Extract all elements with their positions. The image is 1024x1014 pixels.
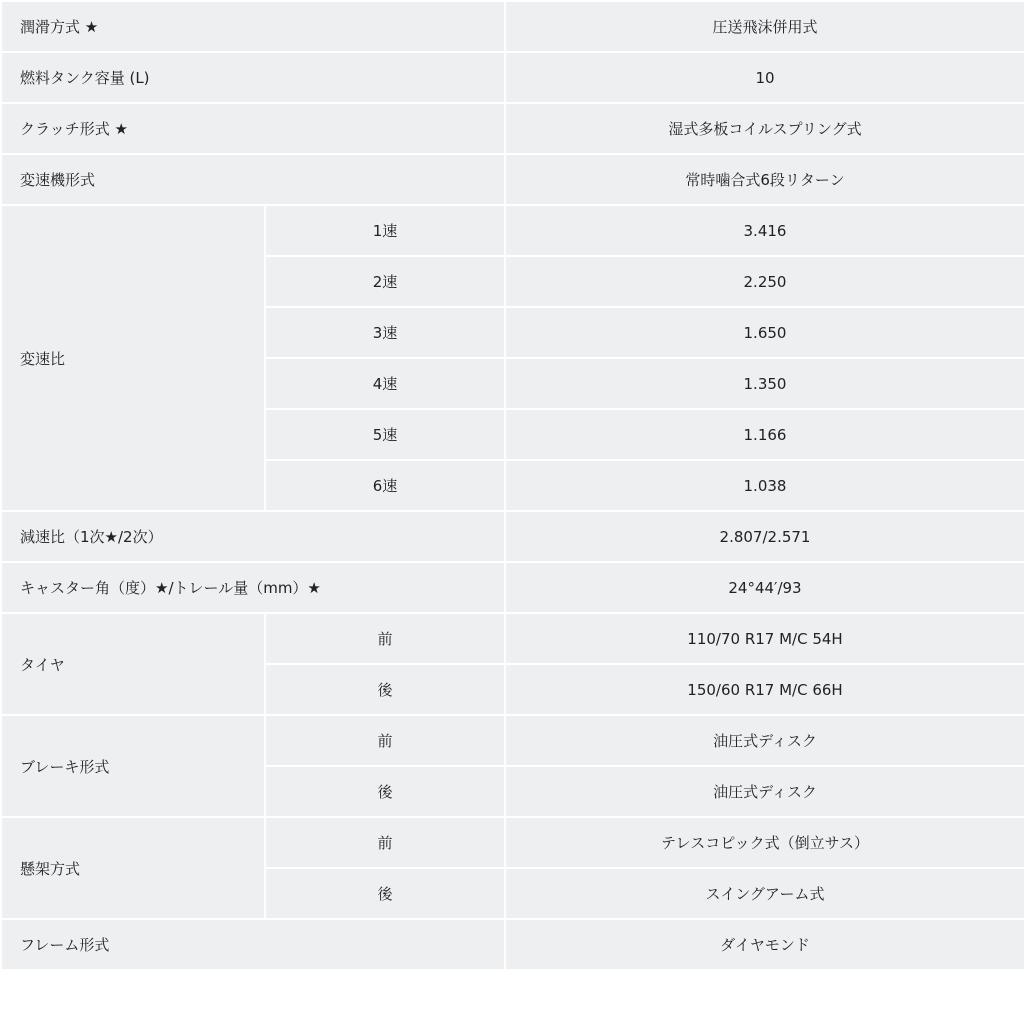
row-value: 湿式多板コイルスプリング式: [505, 103, 1024, 154]
row-value: 1.350: [505, 358, 1024, 409]
row-label: 燃料タンク容量 (L): [1, 52, 505, 103]
sub-label: 前: [265, 613, 505, 664]
sub-label: 5速: [265, 409, 505, 460]
table-row: キャスター角（度）★/トレール量（mm）★ 24°44′/93: [1, 562, 1024, 613]
row-value: 1.650: [505, 307, 1024, 358]
row-value: 10: [505, 52, 1024, 103]
table-row: フレーム形式 ダイヤモンド: [1, 919, 1024, 970]
sub-label: 4速: [265, 358, 505, 409]
row-label: 変速機形式: [1, 154, 505, 205]
row-value: ダイヤモンド: [505, 919, 1024, 970]
row-value: 3.416: [505, 205, 1024, 256]
table-row: 減速比（1次★/2次） 2.807/2.571: [1, 511, 1024, 562]
row-value: 2.250: [505, 256, 1024, 307]
table-row: 変速比 1速 3.416: [1, 205, 1024, 256]
row-value: 油圧式ディスク: [505, 766, 1024, 817]
row-value: 常時噛合式6段リターン: [505, 154, 1024, 205]
row-label: クラッチ形式 ★: [1, 103, 505, 154]
row-value: スイングアーム式: [505, 868, 1024, 919]
row-value: 2.807/2.571: [505, 511, 1024, 562]
row-label: ブレーキ形式: [1, 715, 265, 817]
row-label: 潤滑方式 ★: [1, 1, 505, 52]
row-value: 1.166: [505, 409, 1024, 460]
row-value: 110/70 R17 M/C 54H: [505, 613, 1024, 664]
sub-label: 前: [265, 715, 505, 766]
table-row: 変速機形式 常時噛合式6段リターン: [1, 154, 1024, 205]
row-label: フレーム形式: [1, 919, 505, 970]
row-label: 変速比: [1, 205, 265, 511]
row-value: 圧送飛沫併用式: [505, 1, 1024, 52]
row-label: 減速比（1次★/2次）: [1, 511, 505, 562]
table-row: 潤滑方式 ★ 圧送飛沫併用式: [1, 1, 1024, 52]
row-label: 懸架方式: [1, 817, 265, 919]
sub-label: 前: [265, 817, 505, 868]
sub-label: 後: [265, 868, 505, 919]
sub-label: 1速: [265, 205, 505, 256]
sub-label: 3速: [265, 307, 505, 358]
spec-table: 潤滑方式 ★ 圧送飛沫併用式 燃料タンク容量 (L) 10 クラッチ形式 ★ 湿…: [0, 0, 1024, 971]
table-row: クラッチ形式 ★ 湿式多板コイルスプリング式: [1, 103, 1024, 154]
row-value: 24°44′/93: [505, 562, 1024, 613]
row-label: タイヤ: [1, 613, 265, 715]
row-value: テレスコピック式（倒立サス）: [505, 817, 1024, 868]
row-value: 油圧式ディスク: [505, 715, 1024, 766]
table-row: タイヤ 前 110/70 R17 M/C 54H: [1, 613, 1024, 664]
sub-label: 後: [265, 766, 505, 817]
row-value: 1.038: [505, 460, 1024, 511]
sub-label: 2速: [265, 256, 505, 307]
row-label: キャスター角（度）★/トレール量（mm）★: [1, 562, 505, 613]
sub-label: 6速: [265, 460, 505, 511]
row-value: 150/60 R17 M/C 66H: [505, 664, 1024, 715]
sub-label: 後: [265, 664, 505, 715]
table-row: 懸架方式 前 テレスコピック式（倒立サス）: [1, 817, 1024, 868]
table-row: ブレーキ形式 前 油圧式ディスク: [1, 715, 1024, 766]
table-row: 燃料タンク容量 (L) 10: [1, 52, 1024, 103]
